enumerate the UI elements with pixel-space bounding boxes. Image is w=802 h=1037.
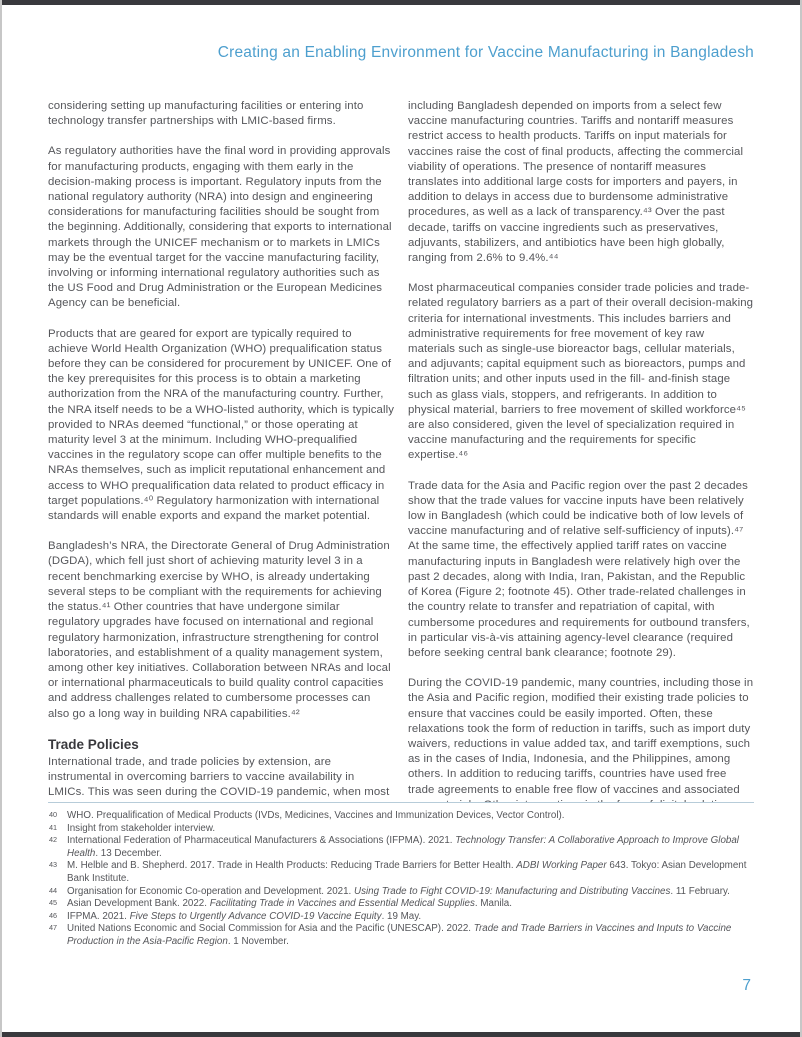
footnote-text: M. Helble and B. Shepherd. 2017. Trade i… xyxy=(67,860,516,871)
footnote-number: 46 xyxy=(49,911,57,921)
footnote-number: 43 xyxy=(49,860,57,870)
footnote-text: Five Steps to Urgently Advance COVID-19 … xyxy=(130,911,382,922)
footnote-text: Asian Development Bank. 2022. xyxy=(67,898,210,909)
footnote-text: . 19 May. xyxy=(382,911,422,922)
footnote-item: 41Insight from stakeholder interview. xyxy=(48,823,754,836)
paragraph: considering setting up manufacturing fac… xyxy=(48,99,394,129)
footnote-divider xyxy=(48,802,754,803)
footnotes-list: 40WHO. Prequalification of Medical Produ… xyxy=(48,810,754,949)
two-column-body: considering setting up manufacturing fac… xyxy=(48,99,754,802)
footnote-text: . Manila. xyxy=(475,898,512,909)
footnote-text: WHO. Prequalification of Medical Product… xyxy=(67,810,564,821)
footnote-number: 42 xyxy=(49,835,57,845)
footnote-item: 43M. Helble and B. Shepherd. 2017. Trade… xyxy=(48,860,754,885)
footnote-text: United Nations Economic and Social Commi… xyxy=(67,923,474,934)
page-header-title: Creating an Enabling Environment for Vac… xyxy=(48,44,754,62)
footnote-item: 44Organisation for Economic Co-operation… xyxy=(48,886,754,899)
page-number: 7 xyxy=(742,977,751,995)
footnote-item: 47United Nations Economic and Social Com… xyxy=(48,923,754,948)
footnote-item: 40WHO. Prequalification of Medical Produ… xyxy=(48,810,754,823)
footnote-text: ADBI Working Paper xyxy=(516,860,606,871)
footnote-text: Insight from stakeholder interview. xyxy=(67,823,215,834)
paragraph: including Bangladesh depended on imports… xyxy=(408,99,754,266)
page-bottom-edge xyxy=(2,1032,800,1037)
paragraph: Trade data for the Asia and Pacific regi… xyxy=(408,479,754,661)
footnote-number: 45 xyxy=(49,898,57,908)
footnote-text: . 13 December. xyxy=(95,848,161,859)
footnote-number: 41 xyxy=(49,823,57,833)
footnote-item: 42International Federation of Pharmaceut… xyxy=(48,835,754,860)
footnote-text: Facilitating Trade in Vaccines and Essen… xyxy=(210,898,475,909)
paragraph: During the COVID-19 pandemic, many count… xyxy=(408,676,754,802)
paragraph: As regulatory authorities have the final… xyxy=(48,144,394,311)
paragraph: Bangladesh’s NRA, the Directorate Genera… xyxy=(48,539,394,721)
left-column: considering setting up manufacturing fac… xyxy=(48,99,394,802)
footnote-number: 40 xyxy=(49,810,57,820)
footnote-text: Organisation for Economic Co-operation a… xyxy=(67,886,354,897)
footnote-number: 44 xyxy=(49,886,57,896)
right-column: including Bangladesh depended on imports… xyxy=(408,99,754,802)
document-page: Creating an Enabling Environment for Vac… xyxy=(0,0,802,1037)
footnote-text: Using Trade to Fight COVID-19: Manufactu… xyxy=(354,886,670,897)
footnote-item: 45Asian Development Bank. 2022. Facilita… xyxy=(48,898,754,911)
footnote-text: . 11 February. xyxy=(670,886,730,897)
paragraph: International trade, and trade policies … xyxy=(48,755,394,802)
page-content: Creating an Enabling Environment for Vac… xyxy=(2,0,800,1037)
footnote-text: IFPMA. 2021. xyxy=(67,911,130,922)
footnote-item: 46IFPMA. 2021. Five Steps to Urgently Ad… xyxy=(48,911,754,924)
footnote-text: International Federation of Pharmaceutic… xyxy=(67,835,455,846)
footnote-text: . 1 November. xyxy=(228,936,289,947)
paragraph: Products that are geared for export are … xyxy=(48,327,394,525)
section-heading: Trade Policies xyxy=(48,737,394,752)
footnote-number: 47 xyxy=(49,923,57,933)
paragraph: Most pharmaceutical companies consider t… xyxy=(408,281,754,463)
